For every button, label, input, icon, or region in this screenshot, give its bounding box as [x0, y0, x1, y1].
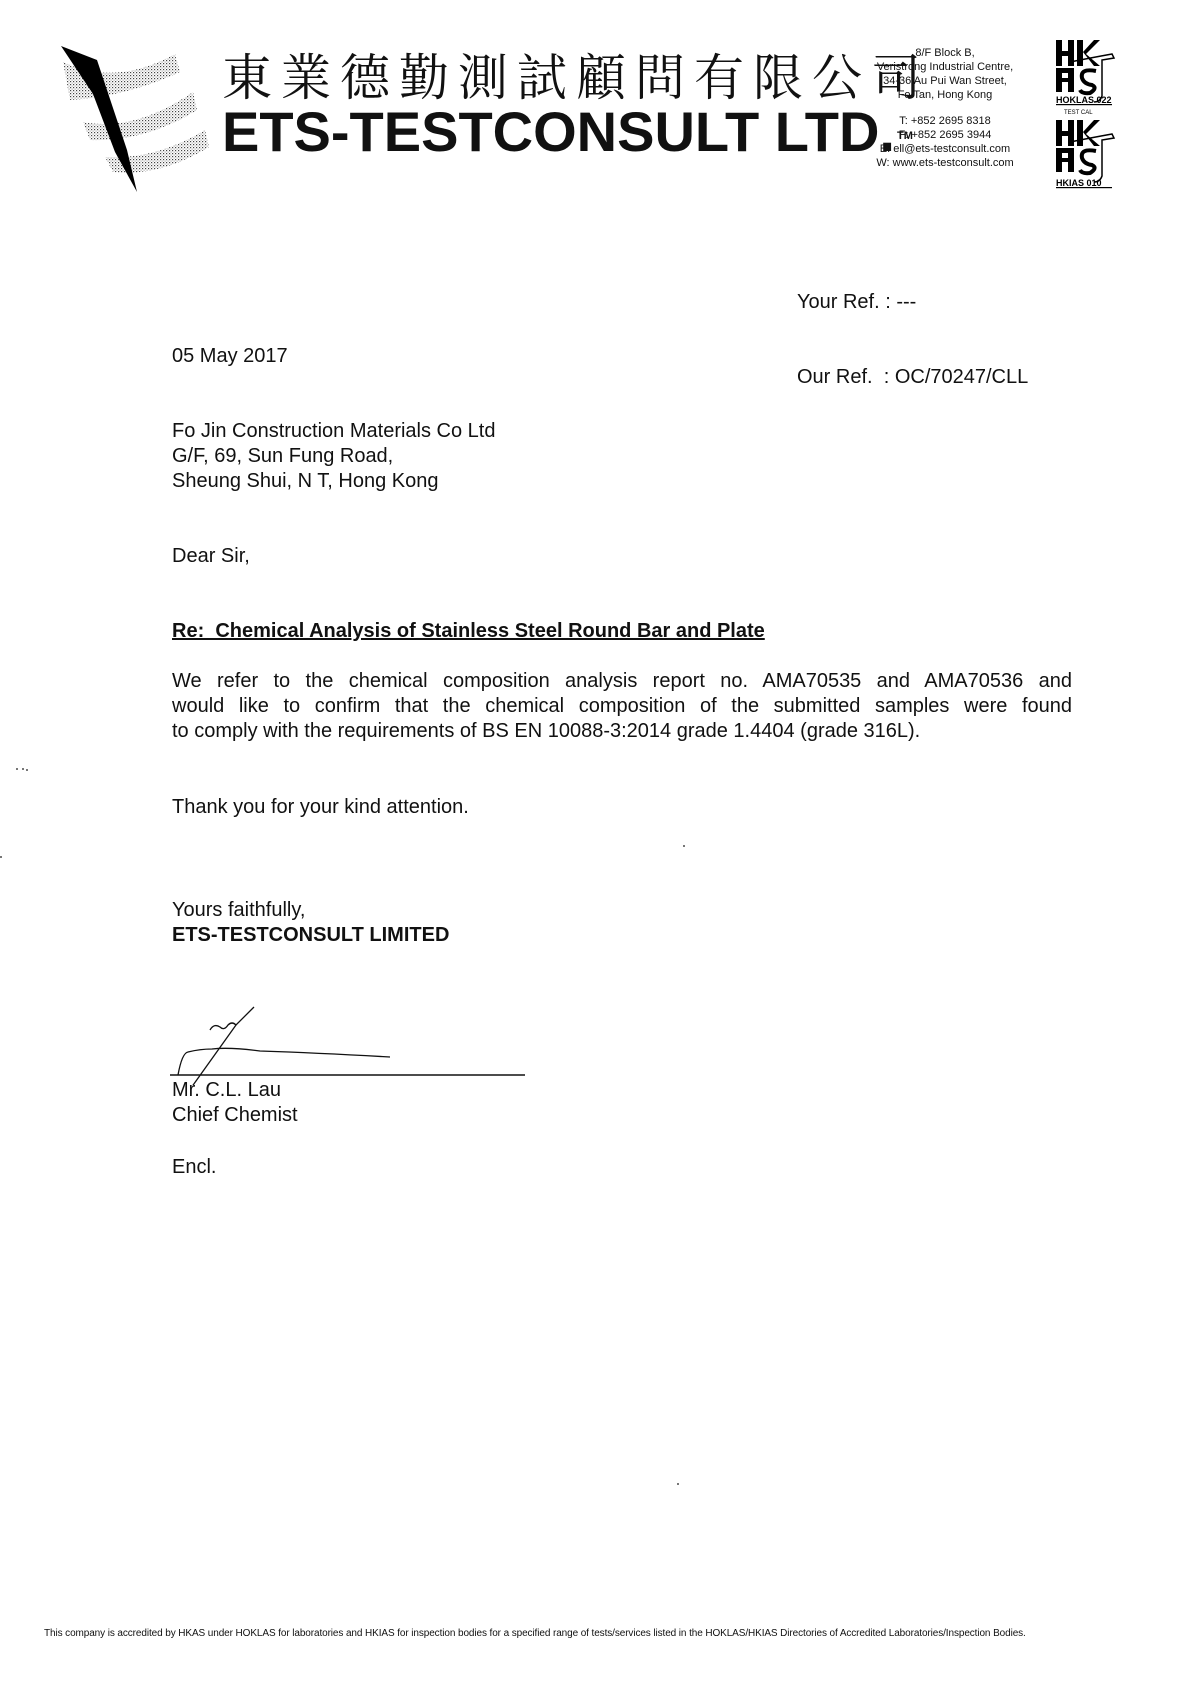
- signature-icon: [170, 1005, 550, 1085]
- recipient-line: Sheung Shui, N T, Hong Kong: [172, 469, 495, 494]
- phone-line: T: +852 2695 8318: [860, 114, 1030, 128]
- website-line: W: www.ets-testconsult.com: [860, 156, 1030, 170]
- closing-phrase: Yours faithfully,: [172, 898, 449, 923]
- body-line: We refer to the chemical composition ana…: [172, 669, 1072, 694]
- salutation: Dear Sir,: [172, 544, 250, 569]
- company-address-block: 8/F Block B, Veristrong Industrial Centr…: [860, 46, 1030, 170]
- address-line: 34-36 Au Pui Wan Street,: [860, 74, 1030, 88]
- hkas-hkias-mark: HKIAS 010: [1056, 120, 1114, 188]
- scan-speck: [26, 769, 28, 771]
- closing-block: Yours faithfully, ETS-TESTCONSULT LIMITE…: [172, 898, 449, 948]
- your-ref: Your Ref. : ---: [797, 290, 1028, 315]
- closing-company: ETS-TESTCONSULT LIMITED: [172, 923, 449, 948]
- our-ref-sep: :: [873, 366, 895, 388]
- our-ref: Our Ref. : OC/70247/CLL: [797, 365, 1028, 390]
- address-line: Veristrong Industrial Centre,: [860, 60, 1030, 74]
- your-ref-label: Your Ref.: [797, 291, 880, 313]
- our-ref-label: Our Ref.: [797, 366, 873, 388]
- scan-speck: [0, 856, 2, 858]
- signer-block: Mr. C.L. Lau Chief Chemist: [172, 1078, 298, 1128]
- recipient-line: G/F, 69, Sun Fung Road,: [172, 444, 495, 469]
- test-cal-label: TEST CAL: [1064, 110, 1093, 116]
- email-line: E: ell@ets-testconsult.com: [860, 142, 1030, 156]
- hkias-label: HKIAS 010: [1056, 178, 1102, 188]
- company-name-chinese: 東業德勤測試顧問有限公司: [222, 50, 930, 106]
- scan-speck: [683, 845, 685, 847]
- recipient-address: Fo Jin Construction Materials Co Ltd G/F…: [172, 419, 495, 494]
- signer-name: Mr. C.L. Lau: [172, 1078, 298, 1103]
- scan-speck: [16, 768, 18, 770]
- hkas-accreditation-marks-icon: HOKLAS 022 TEST CAL HKIAS 010: [1050, 38, 1120, 218]
- subject-line: Re: Chemical Analysis of Stainless Steel…: [172, 619, 765, 644]
- hkas-hoklas-mark: HOKLAS 022 TEST CAL: [1056, 40, 1114, 116]
- address-line: 8/F Block B,: [860, 46, 1030, 60]
- signer-title: Chief Chemist: [172, 1103, 298, 1128]
- thanks-line: Thank you for your kind attention.: [172, 795, 469, 820]
- company-name-english-text: ETS-TESTCONSULT LTD.: [222, 100, 895, 163]
- letter-date: 05 May 2017: [172, 344, 288, 369]
- our-ref-value: OC/70247/CLL: [895, 366, 1028, 388]
- company-name-english: ETS-TESTCONSULT LTD.TM: [222, 104, 913, 160]
- body-paragraph: We refer to the chemical composition ana…: [172, 669, 1072, 744]
- scan-speck: [677, 1483, 679, 1485]
- recipient-line: Fo Jin Construction Materials Co Ltd: [172, 419, 495, 444]
- enclosure-note: Encl.: [172, 1155, 216, 1180]
- your-ref-sep: :: [880, 291, 897, 313]
- accreditation-footer: This company is accredited by HKAS under…: [44, 1628, 1026, 1640]
- scan-speck: [22, 768, 24, 770]
- fax-line: F: +852 2695 3944: [860, 128, 1030, 142]
- reference-block: Your Ref. : --- Our Ref. : OC/70247/CLL: [797, 240, 1028, 415]
- ets-logo-icon: [55, 42, 215, 192]
- hoklas-label: HOKLAS 022: [1056, 95, 1112, 105]
- body-line: would like to confirm that the chemical …: [172, 694, 1072, 719]
- body-line: to comply with the requirements of BS EN…: [172, 719, 1072, 744]
- your-ref-value: ---: [896, 291, 916, 313]
- address-line: Fo Tan, Hong Kong: [860, 88, 1030, 102]
